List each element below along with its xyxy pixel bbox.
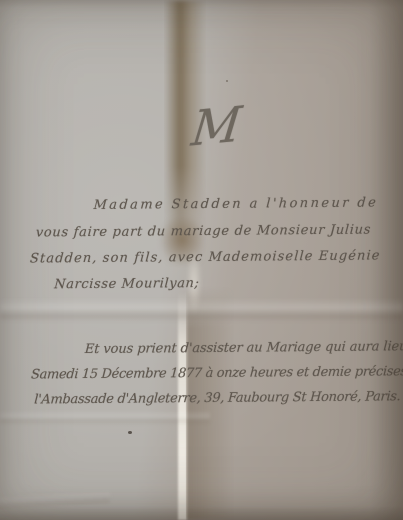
invitation-photo: M Madame Stadden a l'honneur de vous fai… bbox=[0, 0, 403, 520]
invitation-line: Et vous prient d'assister au Mariage qui… bbox=[84, 337, 403, 360]
invitation-line: Samedi 15 Décembre 1877 à onze heures et… bbox=[30, 362, 403, 385]
invitation-line: Stadden, son fils, avec Mademoiselle Eug… bbox=[29, 246, 381, 269]
invitation-line: Madame Stadden a l'honneur de bbox=[93, 193, 379, 215]
invitation-text-block: M Madame Stadden a l'honneur de vous fai… bbox=[0, 0, 403, 520]
invitation-line: l'Ambassade d'Angleterre, 39, Faubourg S… bbox=[34, 387, 401, 410]
monogram-m: M bbox=[155, 90, 277, 166]
invitation-line: vous faire part du mariage de Monsieur J… bbox=[35, 221, 371, 244]
invitation-line: Narcisse Mourilyan; bbox=[54, 274, 200, 295]
